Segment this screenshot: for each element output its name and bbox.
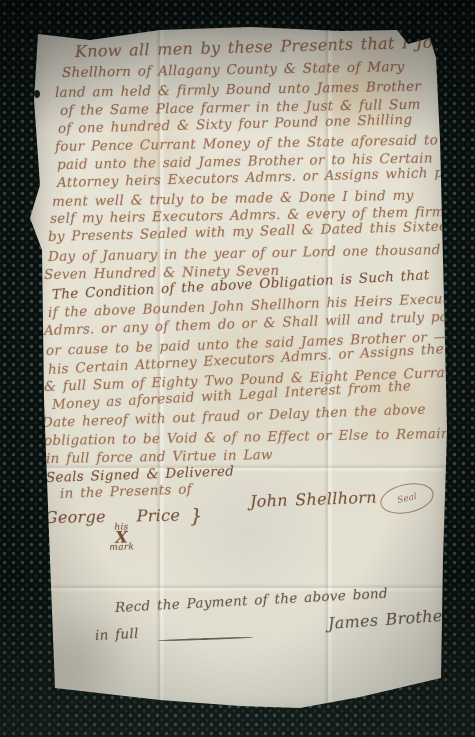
seal-label: Seal: [396, 492, 417, 506]
photo-background: Know all men by these Presents that I Jo…: [0, 0, 475, 737]
principal-signature: John Shellhorn: [250, 488, 377, 511]
receipt-line: Recd the Payment of the above bond: [115, 586, 389, 616]
condition-text-line: obligation to be Void & of no Effect or …: [44, 426, 450, 449]
attestation-line: in the Presents of: [60, 481, 192, 502]
seal-stamp: Seal: [378, 479, 437, 519]
receipt-signature: James Brother: [327, 605, 451, 633]
bond-text-line: Know all men by these Presents that I Jo…: [75, 32, 454, 61]
paper-hole: [28, 166, 35, 176]
witness-first-name: George: [45, 507, 106, 527]
handwritten-text-layer: Know all men by these Presents that I Jo…: [28, 18, 452, 720]
mark-label: mark: [109, 544, 134, 552]
bond-text-line: Day of January in the year of our Lord o…: [48, 242, 441, 265]
bond-text-line: Shellhorn of Allagany County & State of …: [62, 59, 405, 81]
receipt-dash: [158, 636, 253, 641]
witness-last-name: Price: [136, 506, 180, 526]
document-paper: Know all men by these Presents that I Jo…: [28, 18, 452, 720]
witness-mark: hisXmark: [109, 524, 134, 552]
receipt-line: in full: [95, 626, 140, 644]
witness-brace: }: [190, 505, 203, 527]
witness-signature: GeorgehisXmarkPrice}: [45, 505, 204, 553]
condition-text-line: in full force and Virtue in Law: [46, 447, 273, 467]
